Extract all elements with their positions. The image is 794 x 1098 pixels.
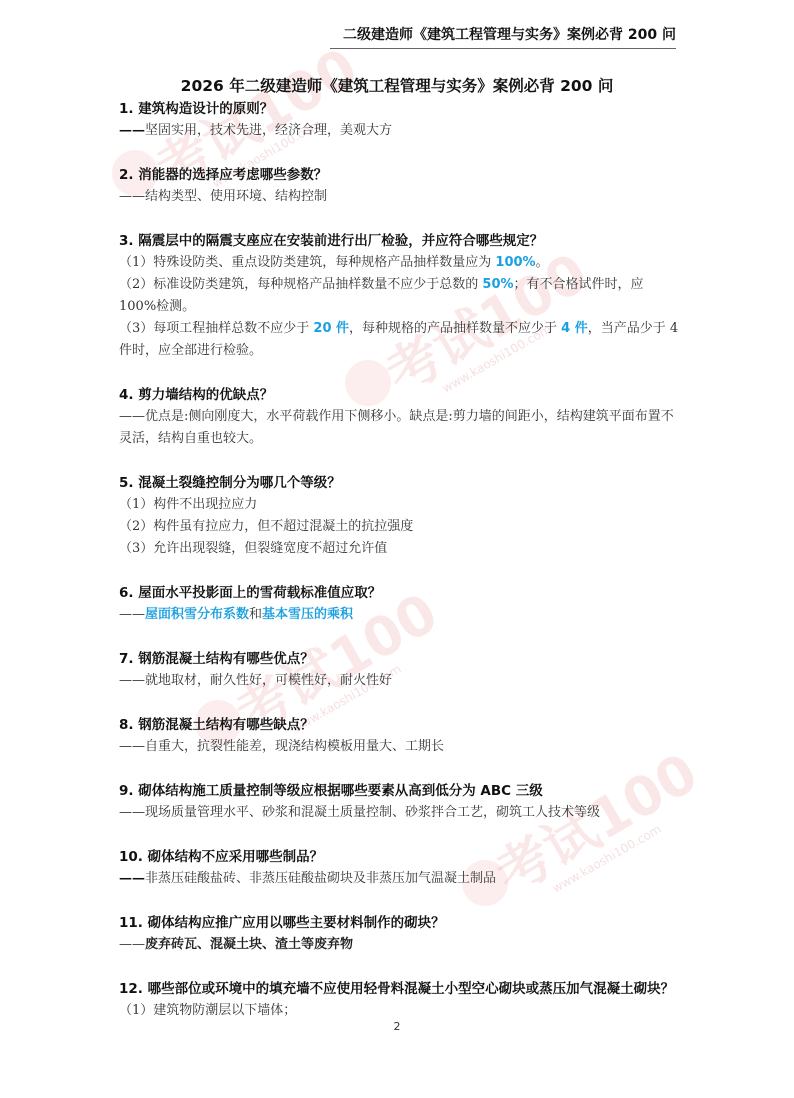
- highlight-text: 50%: [482, 277, 513, 292]
- question-heading: 7. 钢筋混凝土结构有哪些优点？: [119, 648, 679, 670]
- answer-item: （1）建筑物防潮层以下墙体；: [119, 1000, 679, 1022]
- document-title: 2026 年二级建造师《建筑工程管理与实务》案例必背 200 问: [0, 74, 794, 96]
- answer-text: ——自重大，抗裂性能差，现浇结构模板用量大、工期长: [119, 736, 679, 758]
- highlight-text: 4 件: [561, 321, 588, 336]
- question-heading: 11. 砌体结构应推广应用以哪些主要材料制作的砌块？: [119, 912, 679, 934]
- question-heading: 3. 隔震层中的隔震支座应在安装前进行出厂检验，并应符合哪些规定？: [119, 230, 679, 252]
- highlight-text: 屋面积雪分布系数: [145, 607, 249, 622]
- question-heading: 10. 砌体结构不应采用哪些制品？: [119, 846, 679, 868]
- answer-text: ——废弃砖瓦、混凝土块、渣土等废弃物: [119, 934, 679, 956]
- highlight-text: 100%: [495, 255, 535, 270]
- answer-item: （2）构件虽有拉应力，但不超过混凝土的抗拉强度: [119, 516, 679, 538]
- answer-text: ——现场质量管理水平、砂浆和混凝土质量控制、砂浆拌合工艺，砌筑工人技术等级: [119, 802, 679, 824]
- page-number: 2: [0, 1020, 794, 1033]
- highlight-text: 基本雪压的乘积: [262, 607, 353, 622]
- answer-text: ——优点是:侧向刚度大，水平荷载作用下侧移小。缺点是:剪力墙的间距小，结构建筑平…: [119, 406, 679, 450]
- answer-text: ——坚固实用，技术先进，经济合理，美观大方: [119, 120, 679, 142]
- question-heading: 12. 哪些部位或环境中的填充墙不应使用轻骨料混凝土小型空心砌块或蒸压加气混凝土…: [119, 978, 679, 1000]
- answer-text: ——结构类型、使用环境、结构控制: [119, 186, 679, 208]
- question-heading: 8. 钢筋混凝土结构有哪些缺点？: [119, 714, 679, 736]
- question-heading: 9. 砌体结构施工质量控制等级应根据哪些要素从高到低分为 ABC 三级: [119, 780, 679, 802]
- answer-item: （1）特殊设防类、重点设防类建筑，每种规格产品抽样数量应为 100%。: [119, 252, 679, 274]
- answer-item: （2）标准设防类建筑，每种规格产品抽样数量不应少于总数的 50%；有不合格试件时…: [119, 274, 679, 318]
- answer-item: （1）构件不出现拉应力: [119, 494, 679, 516]
- document-body: 1. 建筑构造设计的原则？ ——坚固实用，技术先进，经济合理，美观大方 2. 消…: [119, 98, 679, 1022]
- answer-text: ——非蒸压硅酸盐砖、非蒸压硅酸盐砌块及非蒸压加气温凝土制品: [119, 868, 679, 890]
- running-header: 二级建造师《建筑工程管理与实务》案例必背 200 问: [330, 24, 676, 49]
- question-heading: 4. 剪力墙结构的优缺点？: [119, 384, 679, 406]
- question-heading: 5. 混凝土裂缝控制分为哪几个等级？: [119, 472, 679, 494]
- answer-item: （3）每项工程抽样总数不应少于 20 件，每种规格的产品抽样数量不应少于 4 件…: [119, 318, 679, 362]
- highlight-text: 20 件: [313, 321, 349, 336]
- question-heading: 6. 屋面水平投影面上的雪荷载标准值应取？: [119, 582, 679, 604]
- answer-item: （3）允许出现裂缝，但裂缝宽度不超过允许值: [119, 538, 679, 560]
- answer-text: ——屋面积雪分布系数和基本雪压的乘积: [119, 604, 679, 626]
- question-heading: 1. 建筑构造设计的原则？: [119, 98, 679, 120]
- question-heading: 2. 消能器的选择应考虑哪些参数？: [119, 164, 679, 186]
- answer-text: ——就地取材，耐久性好，可模性好，耐火性好: [119, 670, 679, 692]
